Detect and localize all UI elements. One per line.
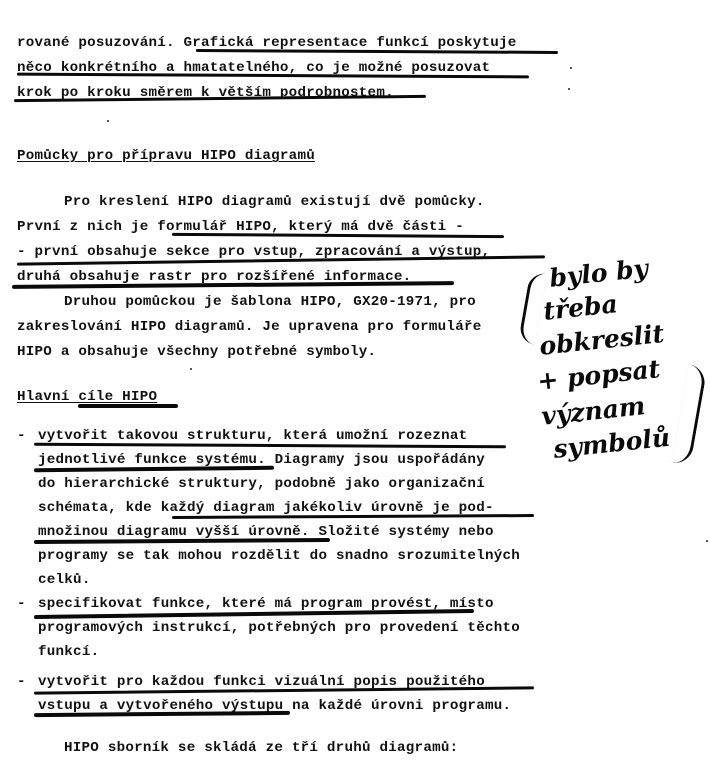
bullet-1-line: do hierarchické struktury, podobně jako … [38,476,485,492]
paragraph-line: HIPO a obsahuje všechny potřebné symboly… [17,344,376,360]
bullet-marker: - [17,428,26,444]
scan-speck [190,368,192,370]
scan-speck [706,540,708,542]
section-heading-pomucky: Pomůcky pro přípravu HIPO diagramů [17,148,315,164]
bullet-2-line: funkcí. [38,644,99,660]
handwritten-underline [34,711,290,717]
bullet-1-line: programy se tak mohou rozdělit do snadno… [38,548,520,564]
scan-speck [568,88,570,90]
scan-speck [570,67,572,69]
handwritten-underline [78,404,178,408]
bullet-1-line: celků. [38,572,91,588]
paragraph-line: zakreslování HIPO diagramů. Je upravena … [17,319,482,335]
handwritten-underline [196,49,558,54]
paragraph-line: Druhou pomůckou je šablona HIPO, GX20-19… [64,294,476,310]
bullet-marker: - [17,596,26,612]
margin-note-line: třeba [542,289,619,327]
section-heading-hlavni-cile: Hlavní cíle HIPO [17,389,157,405]
handwritten-underline [172,514,534,519]
paragraph-line: Pro kreslení HIPO diagramů existují dvě … [64,194,485,210]
bullet-1-line: vytvořit takovou strukturu, která umožní… [38,428,467,444]
margin-note-line: symbolů [552,423,671,465]
bullet-1-line: schémata, kde každý diagram jakékoliv úr… [38,500,494,516]
handwritten-underline [34,538,330,544]
bullet-2-line: programových instrukcí, potřebných pro p… [38,620,520,636]
scan-speck [107,120,109,122]
margin-note-close-paren [671,364,707,466]
closing-line: HIPO sborník se skládá ze tří druhů diag… [64,740,458,756]
margin-note-line: bylo by [548,254,649,294]
bullet-marker: - [17,674,26,690]
